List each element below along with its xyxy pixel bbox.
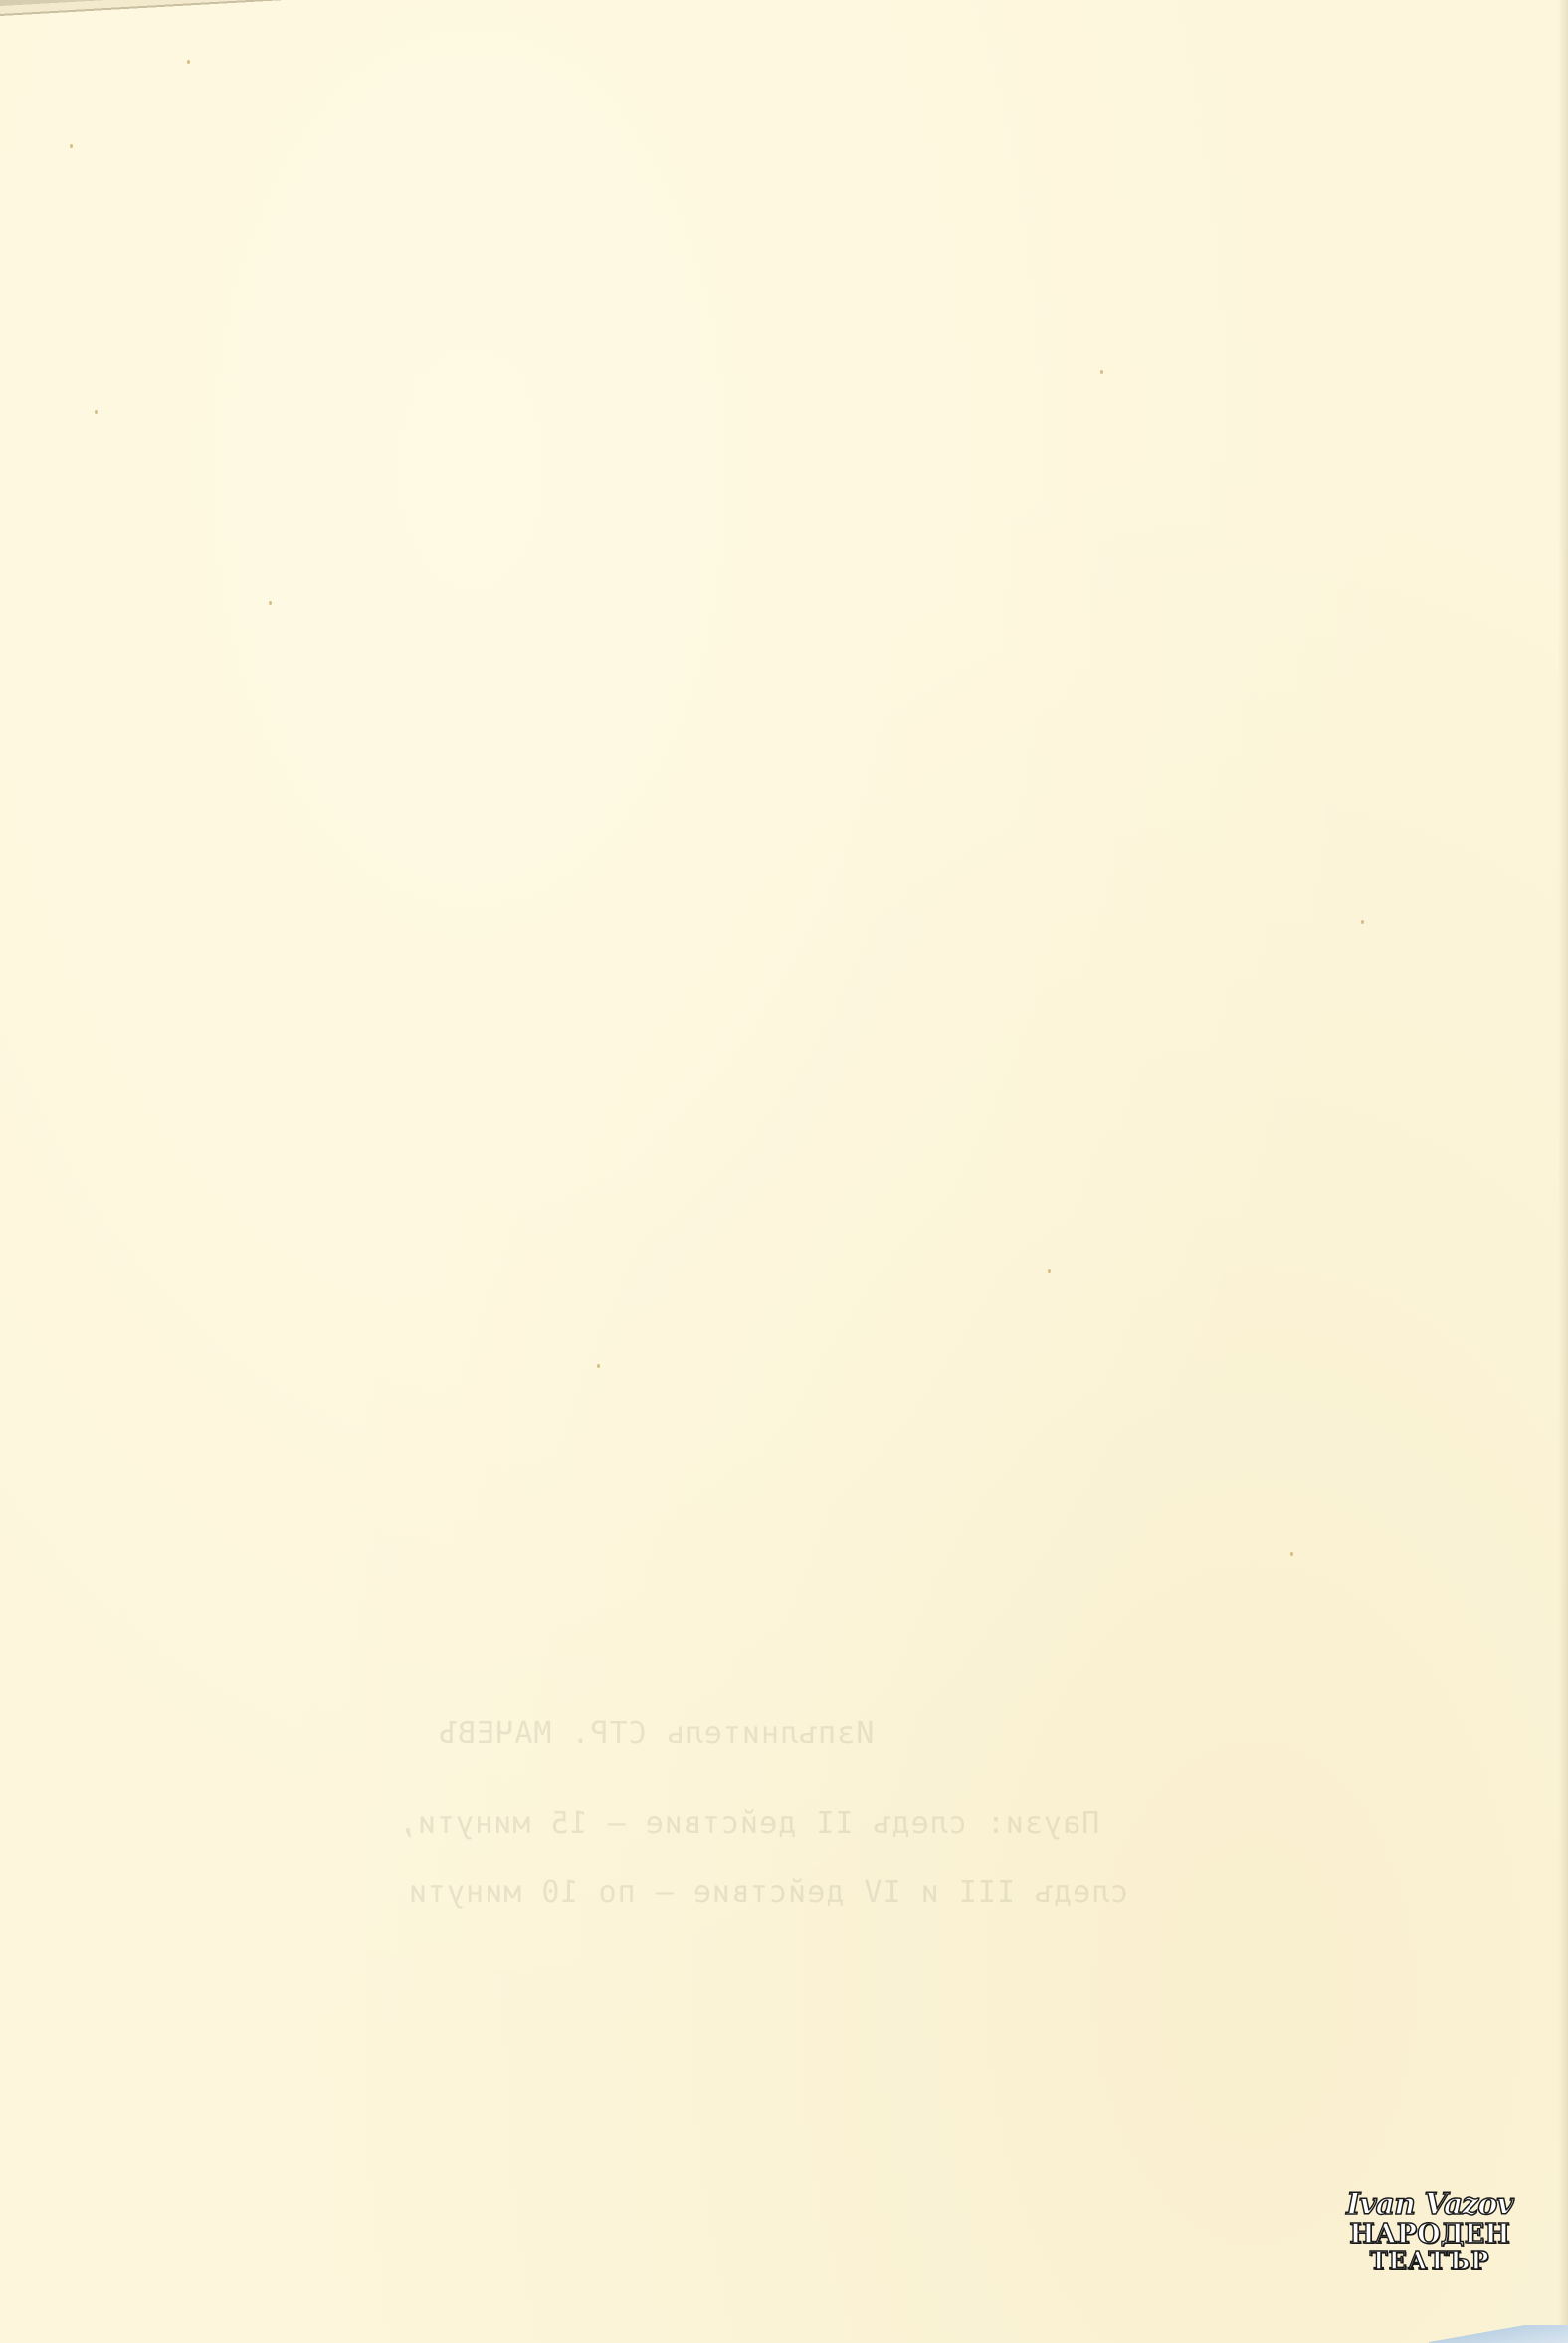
speck [70, 144, 73, 148]
speck [187, 60, 190, 64]
bleed-line-performer: Изпълнитель СТР. МАЧЕВЪ [438, 1716, 874, 1751]
speck [597, 1364, 600, 1368]
logo-line-2: ТЕАТЪР [1345, 2249, 1514, 2273]
speck [95, 410, 98, 414]
speck [1048, 1269, 1051, 1273]
national-theatre-logo: Ivan Vazov НАРОДЕН ТЕАТЪР [1345, 2189, 1514, 2273]
speck [269, 601, 272, 605]
logo-line-1: НАРОДЕН [1345, 2221, 1514, 2247]
logo-signature: Ivan Vazov [1345, 2189, 1514, 2221]
bleed-line-pauses-2: следъ III и IV действие — по 10 минути [408, 1875, 1128, 1910]
speck [1290, 1552, 1293, 1556]
bleed-through-text: Изпълнитель СТР. МАЧЕВЪ Паузи: следъ II … [0, 0, 1568, 2343]
speck [1100, 370, 1103, 374]
bleed-line-pauses-1: Паузи: следъ II действие — 15 минути, [398, 1806, 1099, 1841]
speck [1361, 920, 1364, 924]
